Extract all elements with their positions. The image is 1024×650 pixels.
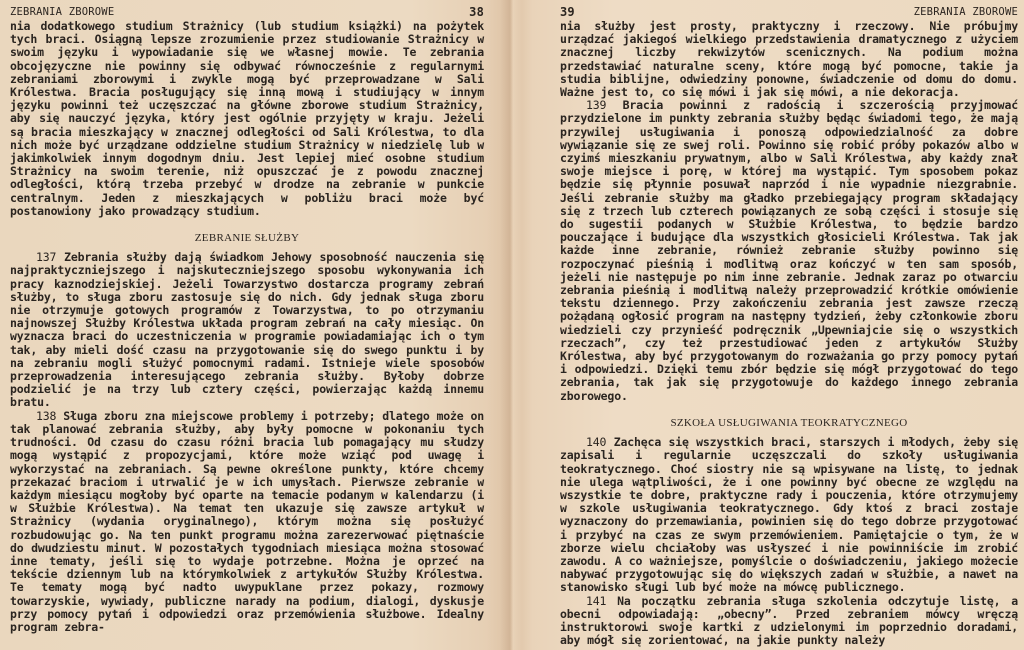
paragraph-139: 139 Bracia powinni z radością i szczeroś… — [560, 99, 1018, 403]
paragraph-text: Na początku zebrania sługa szkolenia odc… — [560, 594, 1018, 648]
paragraph-text: Bracia powinni z radością i szczerością … — [560, 98, 1018, 402]
paragraph-140: 140 Zachęca się wszystkich braci, starsz… — [560, 436, 1018, 594]
paragraph-141: 141 Na początku zebrania sługa szkolenia… — [560, 595, 1018, 648]
paragraph-text: Zebrania służby dają świadkom Jehowy spo… — [10, 250, 484, 409]
paragraph-number: 138 — [36, 409, 56, 423]
paragraph-text: Zachęca się wszystkich braci, starszych … — [560, 435, 1018, 594]
left-running-head: ZEBRANIA ZBOROWE 38 — [10, 4, 484, 20]
section-title-ministry-school: SZKOŁA USŁUGIWANIA TEOKRATYCZNEGO — [560, 417, 1018, 430]
right-page-number: 39 — [560, 4, 575, 20]
left-continuation-paragraph: nia dodatkowego studium Strażnicy (lub s… — [10, 20, 484, 218]
paragraph-number: 139 — [586, 98, 606, 112]
left-header-title: ZEBRANIA ZBOROWE — [10, 4, 114, 20]
paragraph-number: 137 — [36, 250, 56, 264]
right-running-head: 39 ZEBRANIA ZBOROWE — [560, 4, 1018, 20]
right-body-text: nia służby jest prosty, praktyczny i rze… — [560, 20, 1018, 647]
paragraph-137: 137 Zebrania służby dają świadkom Jehowy… — [10, 251, 484, 409]
right-continuation-paragraph: nia służby jest prosty, praktyczny i rze… — [560, 20, 1018, 99]
left-page-number: 38 — [469, 4, 484, 20]
right-header-title: ZEBRANIA ZBOROWE — [914, 4, 1018, 20]
paragraph-number: 140 — [586, 435, 606, 449]
section-title-service-meeting: ZEBRANIE SŁUŻBY — [10, 232, 484, 245]
paragraph-text: Sługa zboru zna miejscowe problemy i pot… — [10, 409, 484, 634]
left-page: ZEBRANIA ZBOROWE 38 nia dodatkowego stud… — [0, 0, 512, 650]
paragraph-number: 141 — [586, 594, 606, 608]
paragraph-138: 138 Sługa zboru zna miejscowe problemy i… — [10, 410, 484, 634]
right-page: 39 ZEBRANIA ZBOROWE nia służby jest pros… — [512, 0, 1024, 650]
book-spread: ZEBRANIA ZBOROWE 38 nia dodatkowego stud… — [0, 0, 1024, 650]
left-body-text: nia dodatkowego studium Strażnicy (lub s… — [10, 20, 484, 634]
